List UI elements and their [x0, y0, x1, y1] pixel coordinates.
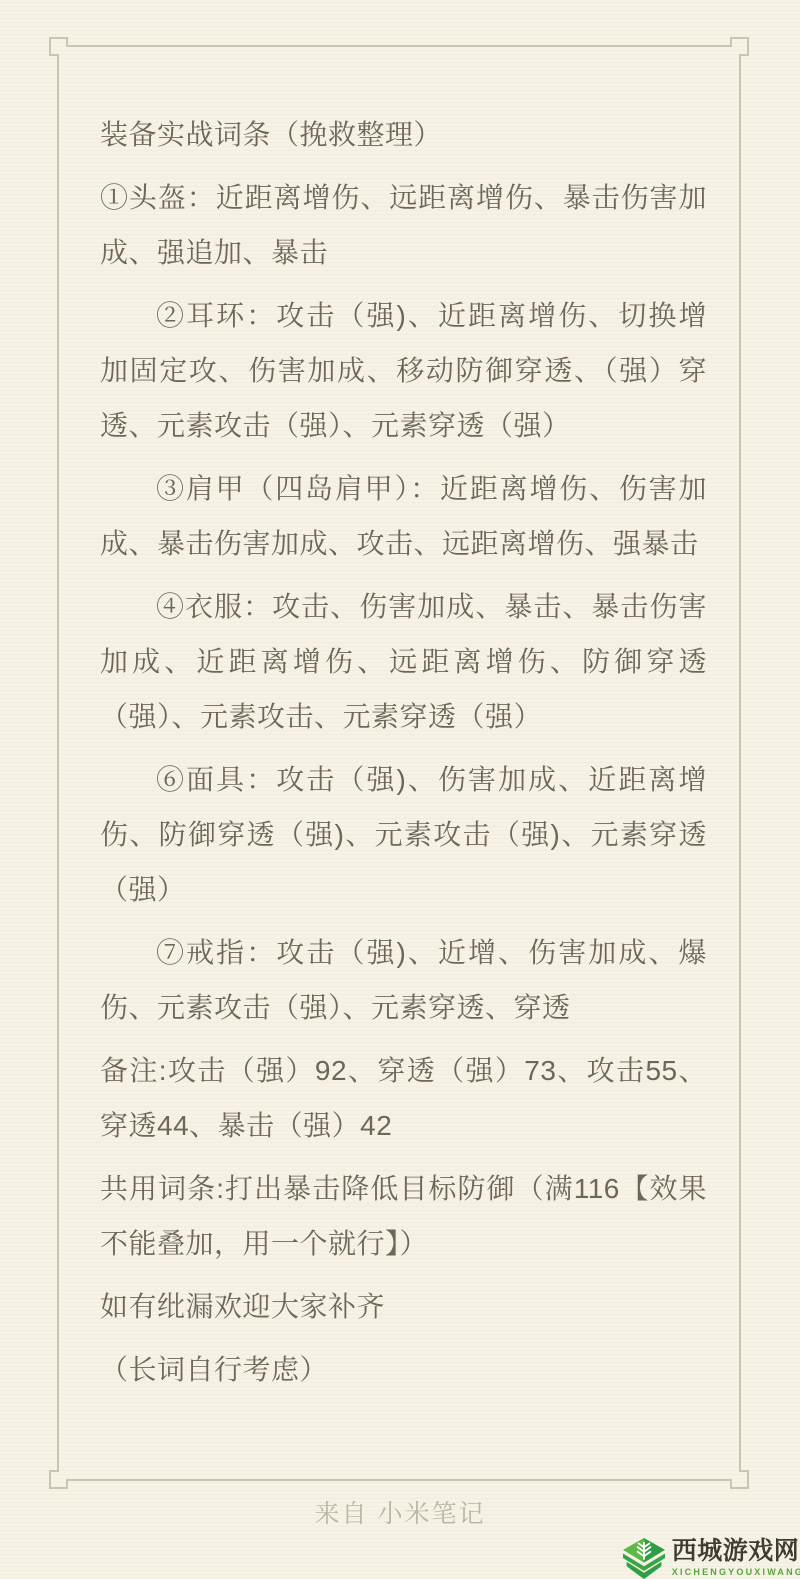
watermark-xicheng: 西城游戏网 XICHENGYOUXIWANG: [621, 1536, 800, 1579]
frame-edge-left: [57, 71, 59, 1455]
frame-corner-fret-icon: [45, 1455, 83, 1493]
xicheng-logo-icon: [621, 1538, 667, 1579]
note-body: 装备实战词条（挽救整理） ①头盔：近距离增伤、远距离增伤、暴击伤害加成、强追加、…: [100, 107, 707, 1405]
entry-earring: ②耳环：攻击（强)、近距离增伤、切换增加固定攻、伤害加成、移动防御穿透、（强）穿…: [100, 288, 707, 453]
frame-edge-right: [739, 71, 741, 1455]
entry-clothes: ④衣服：攻击、伤害加成、暴击、暴击伤害加成、近距离增伤、远距离增伤、防御穿透（强…: [100, 579, 707, 744]
watermark-site-name: 西城游戏网: [672, 1536, 800, 1566]
frame-edge-bottom: [83, 1479, 715, 1481]
entry-mask: ⑥面具：攻击（强)、伤害加成、近距离增伤、防御穿透（强)、元素攻击（强)、元素穿…: [100, 752, 707, 917]
frame-edge-top: [83, 45, 715, 47]
note-page: { "theme": { "page_bg": "#f6f3e6", "fram…: [0, 0, 800, 1579]
watermark-text-block: 西城游戏网 XICHENGYOUXIWANG: [672, 1536, 800, 1578]
frame-corner-fret-icon: [715, 1455, 753, 1493]
frame-corner-fret-icon: [45, 33, 83, 71]
entry-ring: ⑦戒指：攻击（强)、近增、伤害加成、爆伤、元素攻击（强）、元素穿透、穿透: [100, 925, 707, 1035]
decorative-frame: 装备实战词条（挽救整理） ①头盔：近距离增伤、远距离增伤、暴击伤害加成、强追加、…: [57, 45, 741, 1481]
remark-note: 备注:攻击（强）92、穿透（强）73、攻击55、穿透44、暴击（强）42: [100, 1043, 707, 1153]
closing-note: 如有纰漏欢迎大家补齐: [100, 1279, 707, 1334]
watermark-site-latin: XICHENGYOUXIWANG: [672, 1567, 800, 1578]
entry-helmet: ①头盔：近距离增伤、远距离增伤、暴击伤害加成、强追加、暴击: [100, 170, 707, 280]
note-title: 装备实战词条（挽救整理）: [100, 107, 707, 162]
postscript-note: （长词自行考虑）: [100, 1342, 707, 1397]
frame-corner-fret-icon: [715, 33, 753, 71]
entry-shoulder: ③肩甲（四岛肩甲）：近距离增伤、伤害加成、暴击伤害加成、攻击、远距离增伤、强暴击: [100, 461, 707, 571]
source-attribution: 来自 小米笔记: [0, 1494, 800, 1530]
shared-entry-note: 共用词条:打出暴击降低目标防御（满116【效果不能叠加，用一个就行】）: [100, 1161, 707, 1271]
